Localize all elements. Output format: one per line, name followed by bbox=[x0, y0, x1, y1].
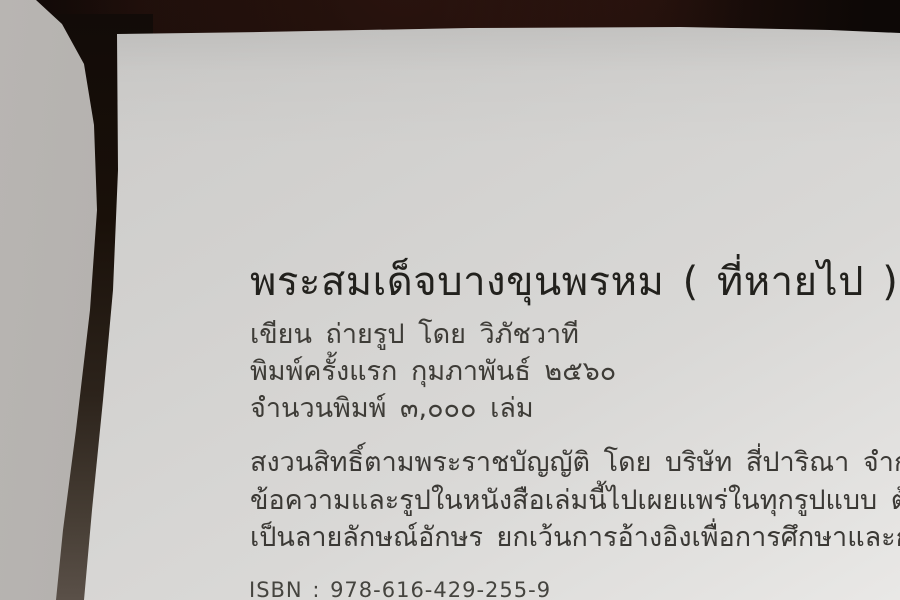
byline-line: เขียน ถ่ายรูป โดย วิภัชวาที bbox=[250, 316, 616, 353]
page-title: พระสมเด็จบางขุนพรหม ( ที่หายไป ) เล่ม ๒ bbox=[250, 256, 900, 308]
isbn-line: ISBN : 978-616-429-255-9 bbox=[249, 577, 551, 600]
copyright-paragraph: สงวนสิทธิ์ตามพระราชบัญญัติ โดย บริษัท สี… bbox=[250, 444, 870, 557]
copyright-line: ข้อความและรูปในหนังสือเล่มนี้ไปเผยแพร่ใน… bbox=[250, 482, 870, 520]
copyright-line: เป็นลายลักษณ์อักษร ยกเว้นการอ้างอิงเพื่อ… bbox=[250, 519, 870, 557]
print-run-line: จำนวนพิมพ์ ๓,๐๐๐ เล่ม bbox=[250, 390, 616, 427]
edition-line: พิมพ์ครั้งแรก กุมภาพันธ์ ๒๕๖๐ bbox=[250, 353, 616, 390]
book-photo: พระสมเด็จบางขุนพรหม ( ที่หายไป ) เล่ม ๒ … bbox=[0, 0, 900, 600]
imprint-block: เขียน ถ่ายรูป โดย วิภัชวาที พิมพ์ครั้งแร… bbox=[250, 316, 616, 427]
copyright-line: สงวนสิทธิ์ตามพระราชบัญญัติ โดย บริษัท สี… bbox=[250, 444, 870, 482]
